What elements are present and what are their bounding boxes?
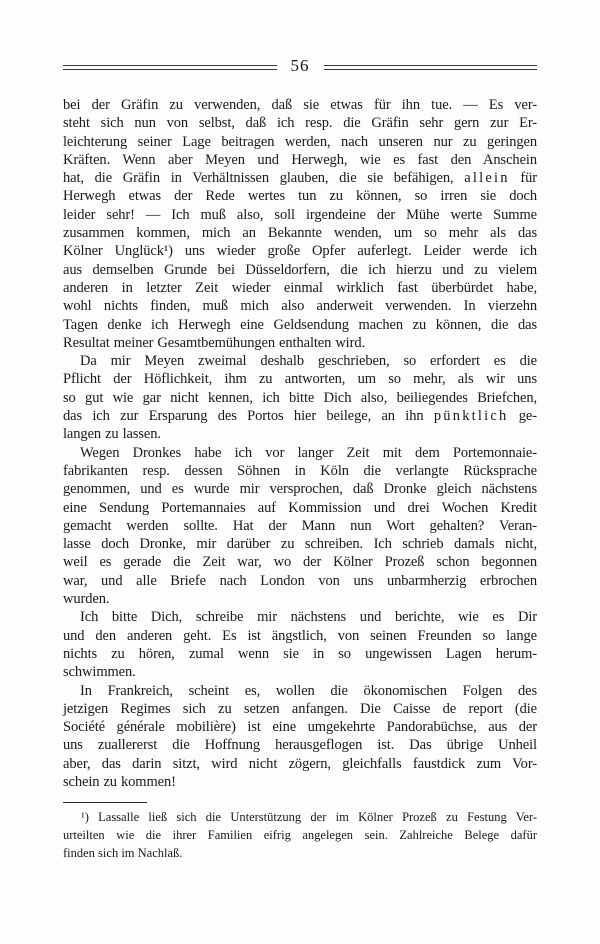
- text-line: langen zu lassen.: [63, 425, 537, 443]
- text-line: hat, die Gräfin in Verhältnissen glauben…: [63, 169, 537, 187]
- text-line: nichts zu hören, zumal wenn sie in so un…: [63, 645, 537, 663]
- text-line: eine Sendung Portemannaies auf Kommissio…: [63, 499, 537, 517]
- text-line: und den anderen geht. Es ist ängstlich, …: [63, 627, 537, 645]
- footnote: ¹) Lassalle ließ sich die Unterstützung …: [63, 808, 537, 862]
- text-line: jetzigen Regimes sich zu setzen anfangen…: [63, 700, 537, 718]
- running-head: 56: [63, 56, 537, 76]
- text-line: genommen, und es wurde mir versprochen, …: [63, 480, 537, 498]
- text-line: Wegen Dronkes habe ich vor langer Zeit m…: [63, 444, 537, 462]
- text-line: zusammen kommen, mich an Bekannte wenden…: [63, 224, 537, 242]
- footnote-line: urteilten wie die ihrer Familien eifrig …: [63, 826, 537, 844]
- text-line: Kräften. Wenn aber Meyen und Herwegh, wi…: [63, 151, 537, 169]
- footnote-line: finden sich im Nachlaß.: [63, 844, 537, 862]
- text-line: anderen in letzter Zeit wieder einmal wi…: [63, 279, 537, 297]
- text-line: weil es gerade die Zeit war, wo der Köln…: [63, 553, 537, 571]
- text-line: Tagen denke ich Herwegh eine Geldsendung…: [63, 316, 537, 334]
- text-line: wohl nichts finden, muß mich also anderw…: [63, 297, 537, 315]
- text-line: lasse doch Dronke, mir darüber zu schrei…: [63, 535, 537, 553]
- book-page: 56 bei der Gräfin zu verwenden, daß sie …: [0, 0, 600, 944]
- text-line: Herwegh etwas der Rede wertes tun zu kön…: [63, 187, 537, 205]
- header-rule-left: [63, 65, 277, 70]
- text-line: bei der Gräfin zu verwenden, daß sie etw…: [63, 96, 537, 114]
- text-line: gemacht werden sollte. Hat der Mann nun …: [63, 517, 537, 535]
- text-line: wurden.: [63, 590, 537, 608]
- text-line: so gut wie gar nicht kennen, ich bitte D…: [63, 389, 537, 407]
- text-line: leichterung seiner Lage beitragen werden…: [63, 133, 537, 151]
- text-line: uns zuallererst die Hoffnung herausgeflo…: [63, 736, 537, 754]
- text-segment: für: [510, 170, 537, 186]
- text-line: Pflicht der Höflichkeit, ihm zu antworte…: [63, 370, 537, 388]
- text-line: fabrikanten resp. dessen Söhnen in Köln …: [63, 462, 537, 480]
- emphasized-word: pünktlich: [434, 408, 509, 424]
- body-text: bei der Gräfin zu verwenden, daß sie etw…: [63, 96, 537, 791]
- text-line: Resultat meiner Gesamtbemühungen enthalt…: [63, 334, 537, 352]
- text-line: Kölner Unglück¹) uns wieder große Opfer …: [63, 242, 537, 260]
- text-line: Société générale mobilière) ist eine umg…: [63, 718, 537, 736]
- page-number: 56: [277, 56, 324, 76]
- footnote-line: ¹) Lassalle ließ sich die Unterstützung …: [63, 808, 537, 826]
- text-line: war, und alle Briefe nach London von uns…: [63, 572, 537, 590]
- text-segment: hat, die Gräfin in Verhältnissen glauben…: [63, 170, 464, 186]
- text-line: Ich bitte Dich, schreibe mir nächstens u…: [63, 608, 537, 626]
- text-line: aber, das darin sitzt, wird nicht zögern…: [63, 755, 537, 773]
- text-line: schein zu kommen!: [63, 773, 537, 791]
- text-line: schwimmen.: [63, 663, 537, 681]
- text-line: aus demselben Grunde bei Düsseldorfern, …: [63, 261, 537, 279]
- text-line: das ich zur Ersparung des Portos hier be…: [63, 407, 537, 425]
- header-rule-right: [324, 65, 538, 70]
- text-line: In Frankreich, scheint es, wollen die ök…: [63, 682, 537, 700]
- text-line: steht sich nun von selbst, daß ich resp.…: [63, 114, 537, 132]
- text-line: Da mir Meyen zweimal deshalb geschrieben…: [63, 352, 537, 370]
- text-line: leider sehr! — Ich muß also, soll irgend…: [63, 206, 537, 224]
- text-segment: das ich zur Ersparung des Portos hier be…: [63, 408, 434, 424]
- emphasized-word: allein: [464, 170, 509, 186]
- text-segment: ge-: [508, 408, 537, 424]
- footnote-separator-rule: [63, 802, 147, 803]
